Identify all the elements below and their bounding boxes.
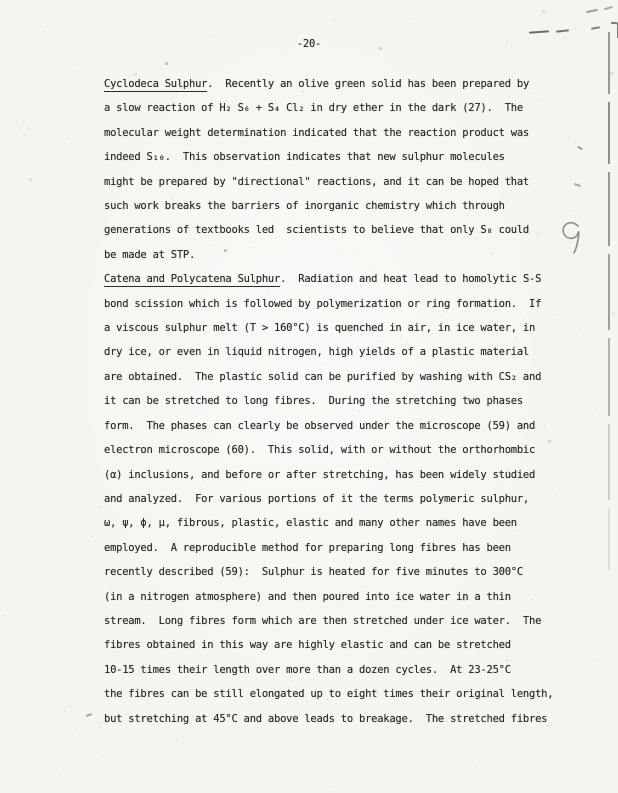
text-line: it can be stretched to long fibres. Duri…	[104, 389, 584, 413]
pencil-hook-mark	[611, 22, 618, 38]
page-edge-line	[608, 424, 610, 500]
document-page: -20- Cyclodeca Sulphur. Recently an oliv…	[0, 0, 618, 793]
page-edge-line	[608, 254, 610, 330]
text-line: the fibres can be still elongated up to …	[104, 682, 584, 706]
text-line: (α) inclusions, and before or after stre…	[104, 463, 584, 487]
text-line: ω, ψ, ϕ, μ, fibrous, plastic, elastic an…	[104, 511, 584, 535]
pencil-dash-mark	[556, 29, 569, 32]
text-line: dry ice, or even in liquid nitrogen, hig…	[104, 340, 584, 364]
text-line: (in a nitrogen atmosphere) and then pour…	[104, 585, 584, 609]
text-line: are obtained. The plastic solid can be p…	[104, 365, 584, 389]
document-body: Cyclodeca Sulphur. Recently an olive gre…	[104, 72, 584, 731]
text-line: employed. A reproducible method for prep…	[104, 536, 584, 560]
section-heading: Cyclodeca Sulphur	[104, 78, 207, 92]
pencil-dash-mark	[529, 30, 549, 33]
text-line: a viscous sulphur melt (T > 160°C) is qu…	[104, 316, 584, 340]
pencil-dash-mark	[586, 9, 598, 13]
heading-line: Cyclodeca Sulphur. Recently an olive gre…	[104, 72, 584, 96]
text-line: and analyzed. For various portions of it…	[104, 487, 584, 511]
page-edge-line	[608, 338, 610, 416]
text-line: molecular weight determination indicated…	[104, 121, 584, 145]
pencil-dash-mark	[591, 26, 600, 30]
page-edge-line	[608, 172, 610, 246]
text-line: 10-15 times their length over more than …	[104, 658, 584, 682]
text-line: a slow reaction of H₂ S₆ + S₄ Cl₂ in dry…	[104, 96, 584, 120]
text-line: form. The phases can clearly be observed…	[104, 414, 584, 438]
text-line: fibres obtained in this way are highly e…	[104, 633, 584, 657]
pencil-tick-mark	[86, 713, 92, 717]
page-edge-line	[608, 32, 610, 94]
text-line: such work breaks the barriers of inorgan…	[104, 194, 584, 218]
page-edge-line	[608, 508, 610, 570]
text-line: might be prepared by "directional" react…	[104, 170, 584, 194]
text-line: generations of textbooks led scientists …	[104, 218, 584, 242]
page-number: -20-	[0, 38, 618, 50]
heading-line: Catena and Polycatena Sulphur. Radiation…	[104, 267, 584, 291]
text-line: stream. Long fibres form which are then …	[104, 609, 584, 633]
text-line: but stretching at 45°C and above leads t…	[104, 707, 584, 731]
section-heading: Catena and Polycatena Sulphur	[104, 273, 280, 287]
page-edge-line	[608, 102, 610, 164]
text-line: electron microscope (60). This solid, wi…	[104, 438, 584, 462]
pencil-scribble-mark	[556, 220, 588, 258]
text-line: bond scission which is followed by polym…	[104, 292, 584, 316]
text-line: be made at STP.	[104, 243, 584, 267]
pencil-dash-mark	[604, 6, 613, 10]
paper-speckle-texture	[0, 0, 1, 1]
text-line: indeed S₁₀. This observation indicates t…	[104, 145, 584, 169]
text-line: recently described (59): Sulphur is heat…	[104, 560, 584, 584]
